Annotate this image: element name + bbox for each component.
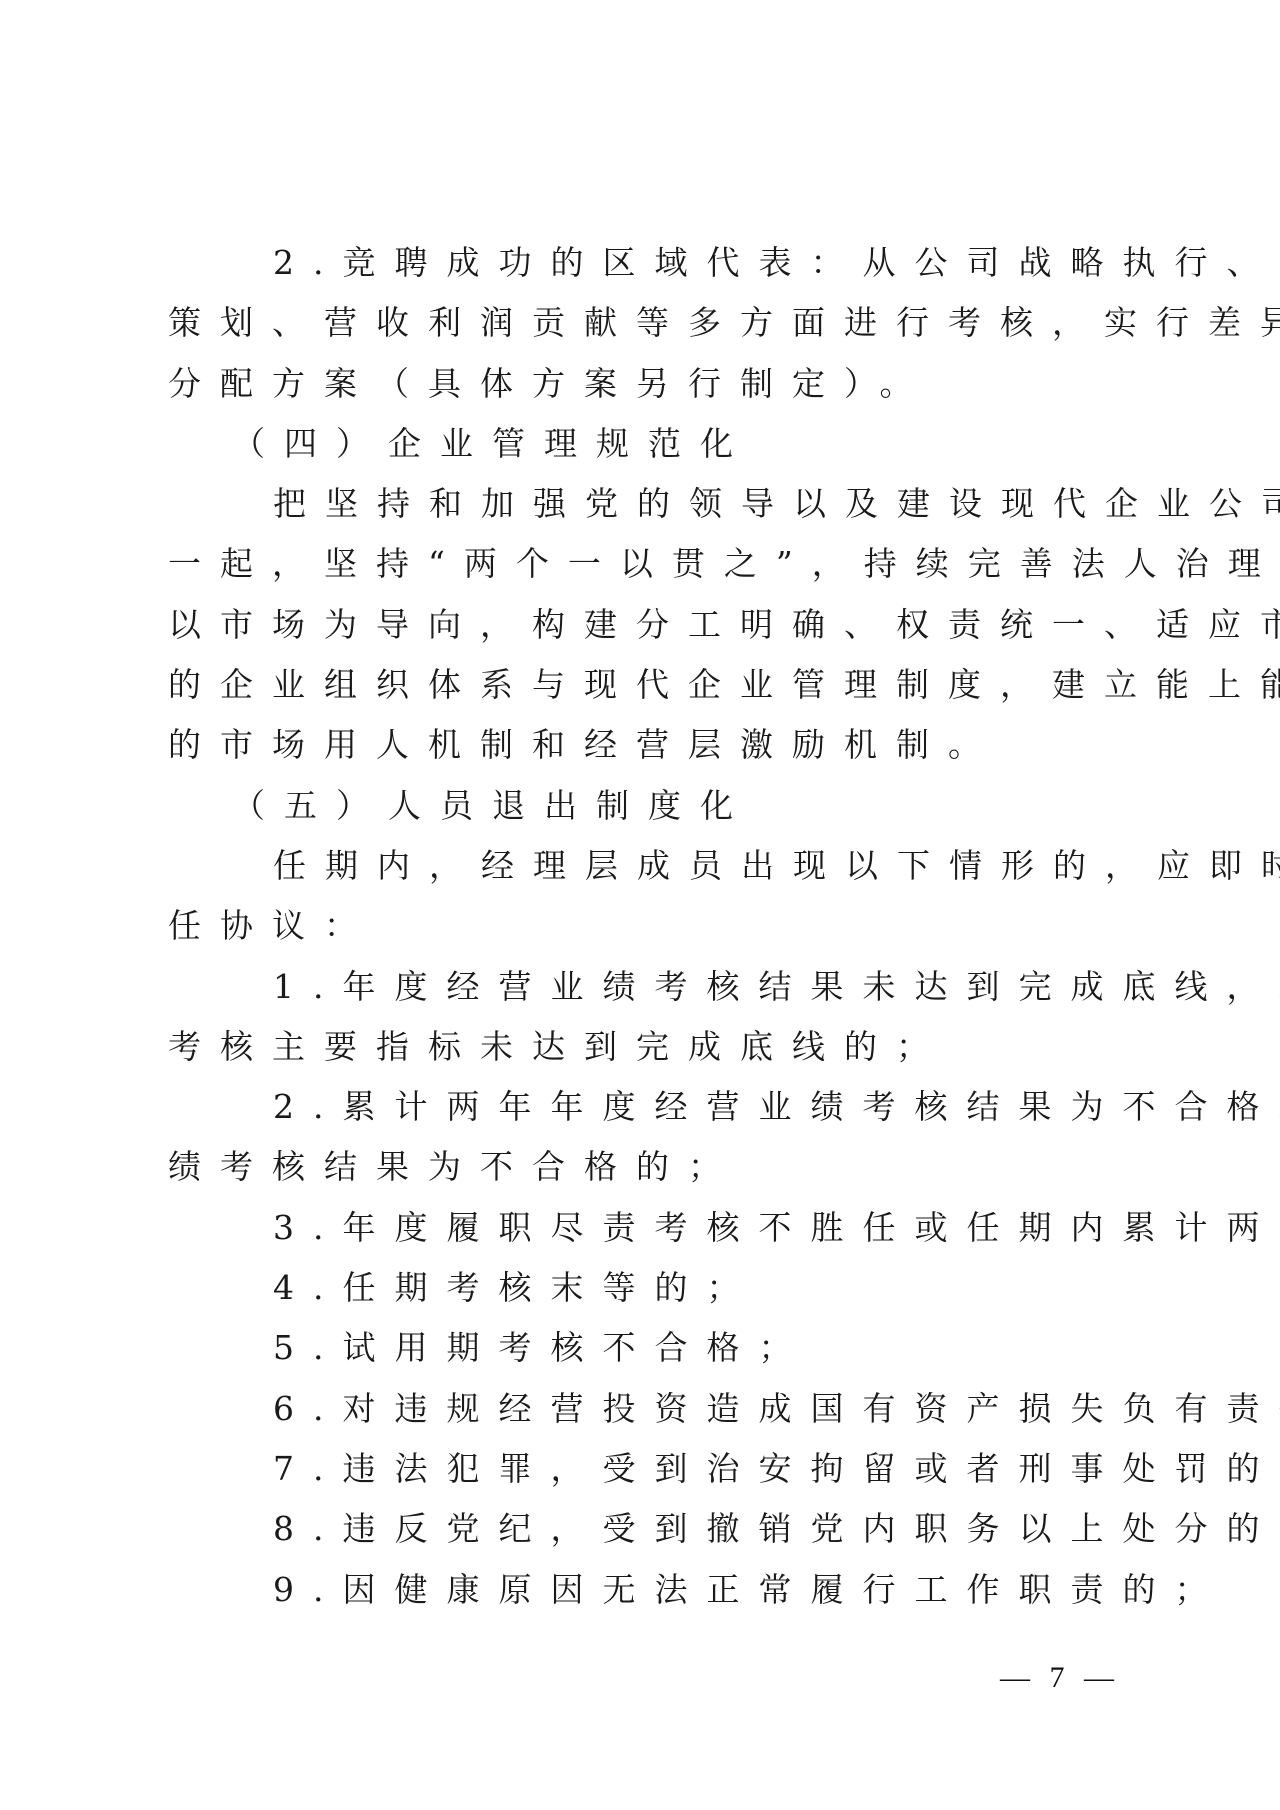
document-body: 2.竞聘成功的区域代表：从公司战略执行、市场开拓、营销 策划、营收利润贡献等多方… <box>168 233 1116 1620</box>
list-item-5: 5.试用期考核不合格； <box>168 1318 1116 1378</box>
list-item-9: 9.因健康原因无法正常履行工作职责的； <box>168 1560 1116 1620</box>
paragraph-line: 的企业组织体系与现代企业管理制度，建立能上能下、优化组合 <box>168 655 1116 715</box>
paragraph-line: 把坚持和加强党的领导以及建设现代企业公司制度结合在 <box>168 474 1116 534</box>
paragraph-line: 2.竞聘成功的区域代表：从公司战略执行、市场开拓、营销 <box>168 233 1116 293</box>
section-heading-4: （四）企业管理规范化 <box>168 414 1116 474</box>
paragraph-line: 的市场用人机制和经营层激励机制。 <box>168 715 1116 775</box>
list-item-2: 2.累计两年年度经营业绩考核结果为不合格或任期经营业 <box>168 1077 1116 1137</box>
paragraph-line: 任期内，经理层成员出现以下情形的，应即时退出并解除聘 <box>168 836 1116 896</box>
list-item-7: 7.违法犯罪，受到治安拘留或者刑事处罚的； <box>168 1439 1116 1499</box>
section-heading-5: （五）人员退出制度化 <box>168 776 1116 836</box>
paragraph-line: 策划、营收利润贡献等多方面进行考核，实行差异化薪酬与考核 <box>168 293 1116 353</box>
paragraph-line: 任协议： <box>168 896 1116 956</box>
document-page: 2.竞聘成功的区域代表：从公司战略执行、市场开拓、营销 策划、营收利润贡献等多方… <box>0 0 1280 1810</box>
list-item-1-continued: 考核主要指标未达到完成底线的； <box>168 1017 1116 1077</box>
paragraph-line: 以市场为导向，构建分工明确、权责统一、适应市场、扁平高效 <box>168 595 1116 655</box>
list-item-6: 6.对违规经营投资造成国有资产损失负有责任的； <box>168 1379 1116 1439</box>
list-item-2-continued: 绩考核结果为不合格的； <box>168 1137 1116 1197</box>
paragraph-line: 分配方案（具体方案另行制定）。 <box>168 354 1116 414</box>
list-item-8: 8.违反党纪，受到撤销党内职务以上处分的； <box>168 1499 1116 1559</box>
list-item-3: 3.年度履职尽责考核不胜任或任期内累计两次基本胜任； <box>168 1198 1116 1258</box>
page-number: — 7 — <box>1000 1655 1110 1701</box>
list-item-1: 1.年度经营业绩考核结果未达到完成底线，或年度经营业绩 <box>168 957 1116 1017</box>
list-item-4: 4.任期考核末等的； <box>168 1258 1116 1318</box>
paragraph-line: 一起，坚持“两个一以贯之”，持续完善法人治理结构，同时， <box>168 534 1116 594</box>
